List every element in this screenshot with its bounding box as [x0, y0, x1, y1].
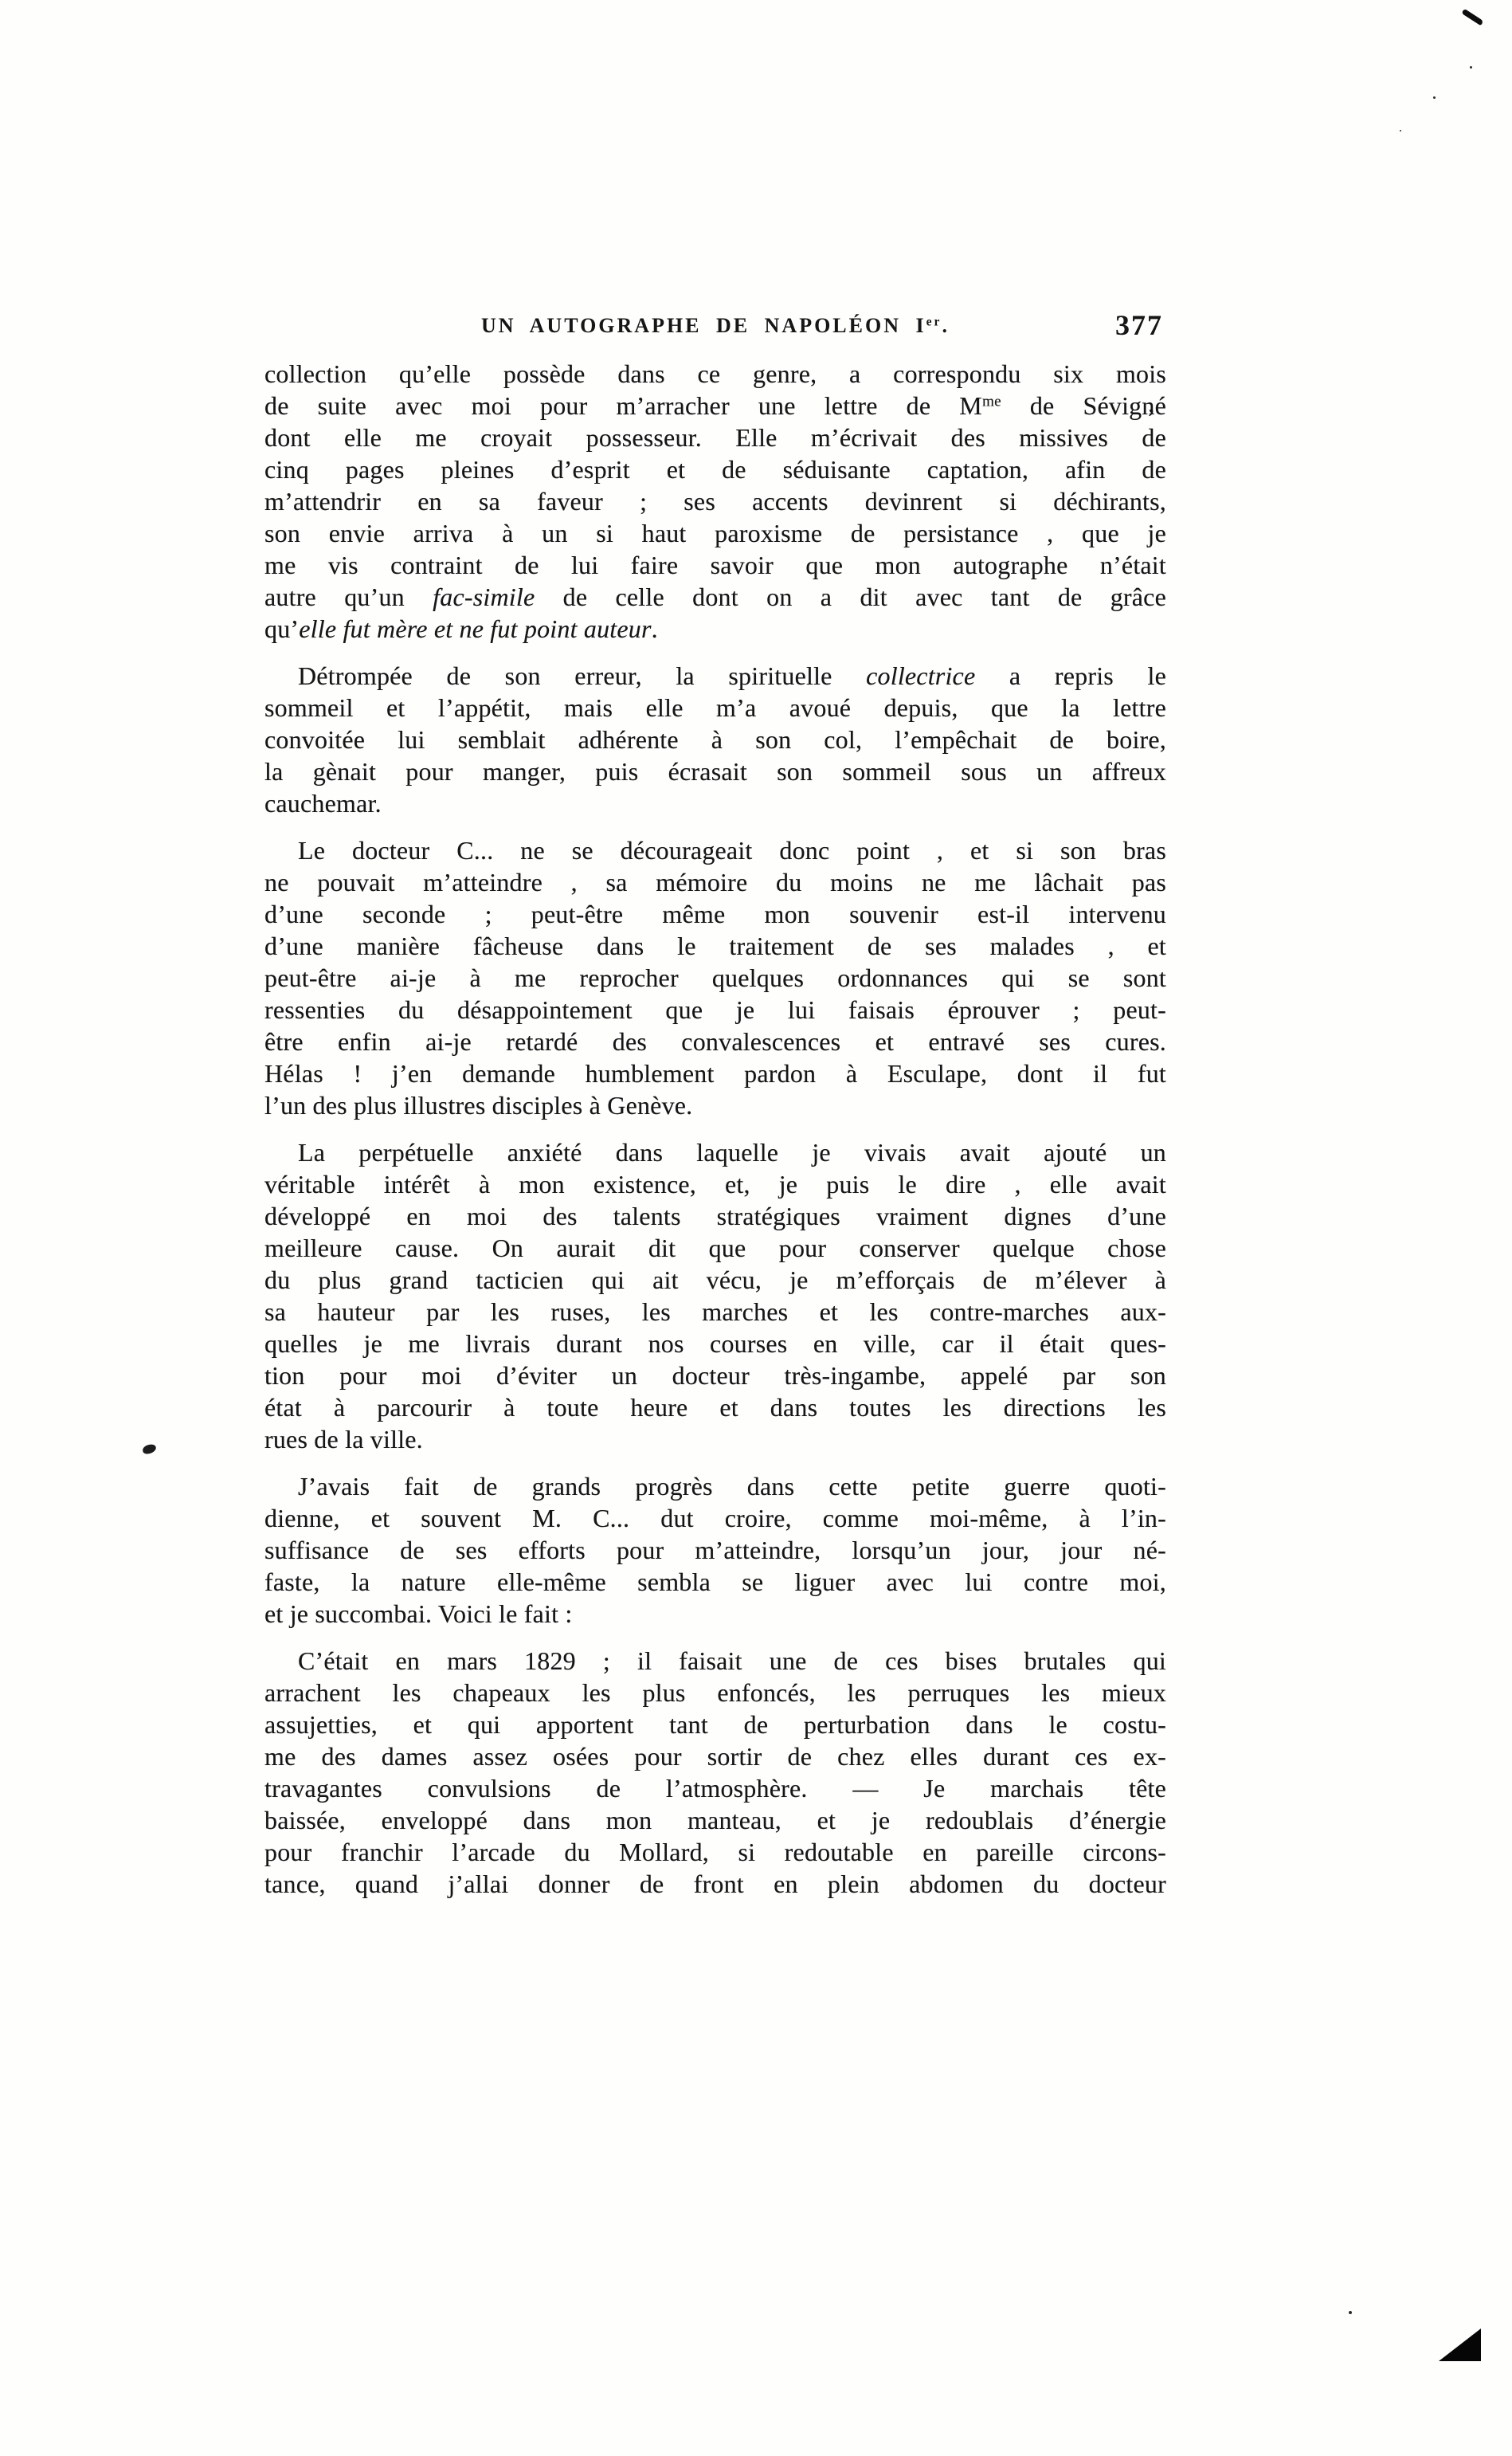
paragraph: C’était en mars 1829 ; il faisait une de… [264, 1645, 1166, 1900]
text-segment: Le docteur C... ne se décourageait donc … [298, 836, 1166, 865]
text-segment: Hélas ! j’en demande humblement pardon à… [264, 1059, 1166, 1088]
text-line: dont elle me croyait possesseur. Elle m’… [264, 422, 1166, 453]
italic-text-segment: collectrice [866, 661, 975, 690]
text-segment: être enfin ai-je retardé des convalescen… [264, 1027, 1166, 1056]
text-line: pour franchir l’arcade du Mollard, si re… [264, 1836, 1166, 1868]
running-title-main: UN AUTOGRAPHE DE NAPOLÉON I [481, 314, 926, 337]
text-line: convoitée lui semblait adhérente à son c… [264, 724, 1166, 755]
text-segment: La perpétuelle anxiété dans laquelle je … [298, 1138, 1166, 1167]
text-line: véritable intérêt à mon existence, et, j… [264, 1168, 1166, 1200]
text-segment: quelles je me livrais durant nos courses… [264, 1329, 1166, 1358]
text-segment: dienne, et souvent M. C... dut croire, c… [264, 1504, 1166, 1532]
text-line: l’un des plus illustres disciples à Genè… [264, 1089, 1166, 1121]
text-line: rues de la ville. [264, 1423, 1166, 1455]
page-number: 377 [1115, 308, 1163, 342]
text-segment: travagantes convulsions de l’atmosphère.… [264, 1774, 1166, 1803]
text-segment: faste, la nature elle-même sembla se lig… [264, 1567, 1166, 1596]
text-line: me des dames assez osées pour sortir de … [264, 1740, 1166, 1772]
text-segment: cinq pages pleines d’esprit et de séduis… [264, 455, 1166, 484]
text-segment: développé en moi des talents stratégique… [264, 1202, 1166, 1230]
stray-comma-mark: , [1148, 389, 1155, 419]
text-segment: collection qu’elle possède dans ce genre… [264, 359, 1166, 388]
text-segment: meilleure cause. On aurait dit que pour … [264, 1234, 1166, 1262]
text-segment: ressenties du désappointement que je lui… [264, 995, 1166, 1024]
paragraph: Détrompée de son erreur, la spirituelle … [264, 660, 1166, 819]
running-title: UN AUTOGRAPHE DE NAPOLÉON Ier. [481, 314, 950, 337]
text-segment: l’un des plus illustres disciples à Genè… [264, 1091, 692, 1120]
text-segment: J’avais fait de grands progrès dans cett… [298, 1472, 1166, 1501]
italic-text-segment: fac-simile [433, 583, 535, 611]
text-segment: C’était en mars 1829 ; il faisait une de… [298, 1646, 1166, 1675]
paragraph: collection qu’elle possède dans ce genre… [264, 358, 1166, 645]
margin-ink-blot [142, 1443, 157, 1454]
text-line: la gènait pour manger, puis écrasait son… [264, 755, 1166, 787]
text-segment: état à parcourir à toute heure et dans t… [264, 1393, 1166, 1422]
text-segment: sa hauteur par les ruses, les marches et… [264, 1297, 1166, 1326]
text-segment: peut-être ai-je à me reprocher quelques … [264, 963, 1166, 992]
text-line: du plus grand tacticien qui ait vécu, je… [264, 1264, 1166, 1296]
text-line: de suite avec moi pour m’arracher une le… [264, 390, 1166, 422]
text-line: arrachent les chapeaux les plus enfoncés… [264, 1677, 1166, 1709]
text-line: et je succombai. Voici le fait : [264, 1598, 1166, 1630]
text-segment: du plus grand tacticien qui ait vécu, je… [264, 1265, 1166, 1294]
running-title-superscript: er [926, 315, 942, 328]
paragraph: La perpétuelle anxiété dans laquelle je … [264, 1136, 1166, 1455]
text-segment: convoitée lui semblait adhérente à son c… [264, 725, 1166, 754]
text-line: m’attendrir en sa faveur ; ses accents d… [264, 485, 1166, 517]
text-line: sommeil et l’appétit, mais elle m’a avou… [264, 692, 1166, 724]
text-segment: son envie arriva à un si haut paroxisme … [264, 519, 1166, 547]
text-line: me vis contraint de lui faire savoir que… [264, 549, 1166, 581]
text-segment: autre qu’un [264, 583, 433, 611]
text-segment: d’une manière fâcheuse dans le traitemen… [264, 932, 1166, 960]
text-line: faste, la nature elle-même sembla se lig… [264, 1566, 1166, 1598]
text-segment: me vis contraint de lui faire savoir que… [264, 551, 1166, 579]
text-segment: de Sévigné [1001, 391, 1166, 420]
text-segment: tion pour moi d’éviter un docteur très-i… [264, 1361, 1166, 1390]
text-segment: dont elle me croyait possesseur. Elle m’… [264, 423, 1166, 452]
text-line: collection qu’elle possède dans ce genre… [264, 358, 1166, 390]
text-line: quelles je me livrais durant nos courses… [264, 1328, 1166, 1359]
text-segment: me des dames assez osées pour sortir de … [264, 1742, 1166, 1771]
superscript-text-segment: me [982, 393, 1001, 410]
paragraph: Le docteur C... ne se décourageait donc … [264, 834, 1166, 1121]
text-line: sa hauteur par les ruses, les marches et… [264, 1296, 1166, 1328]
text-segment: de suite avec moi pour m’arracher une le… [264, 391, 982, 420]
dust-speck [1400, 130, 1401, 131]
text-line: cinq pages pleines d’esprit et de séduis… [264, 453, 1166, 485]
text-line: suffisance de ses efforts pour m’atteind… [264, 1534, 1166, 1566]
text-line: J’avais fait de grands progrès dans cett… [264, 1470, 1166, 1502]
text-line: d’une manière fâcheuse dans le traitemen… [264, 930, 1166, 962]
text-line: état à parcourir à toute heure et dans t… [264, 1391, 1166, 1423]
text-segment: tance, quand j’allai donner de front en … [264, 1869, 1166, 1898]
text-line: assujetties, et qui apportent tant de pe… [264, 1709, 1166, 1740]
text-segment: . [652, 614, 658, 643]
text-line: travagantes convulsions de l’atmosphère.… [264, 1772, 1166, 1804]
paragraph: J’avais fait de grands progrès dans cett… [264, 1470, 1166, 1630]
italic-text-segment: elle fut mère et ne fut point auteur [299, 614, 651, 643]
text-segment: pour franchir l’arcade du Mollard, si re… [264, 1838, 1166, 1866]
text-line: ne pouvait m’atteindre , sa mémoire du m… [264, 866, 1166, 898]
text-line: dienne, et souvent M. C... dut croire, c… [264, 1502, 1166, 1534]
text-segment: baissée, enveloppé dans mon manteau, et … [264, 1806, 1166, 1834]
text-segment: qu’ [264, 614, 299, 643]
dust-speck [1470, 66, 1472, 69]
text-line: Hélas ! j’en demande humblement pardon à… [264, 1057, 1166, 1089]
text-line: d’une seconde ; peut-être même mon souve… [264, 898, 1166, 930]
text-line: cauchemar. [264, 787, 1166, 819]
text-line: Le docteur C... ne se décourageait donc … [264, 834, 1166, 866]
text-line: ressenties du désappointement que je lui… [264, 994, 1166, 1026]
text-line: meilleure cause. On aurait dit que pour … [264, 1232, 1166, 1264]
text-segment: cauchemar. [264, 789, 382, 818]
text-segment: de celle dont on a dit avec tant de grâc… [535, 583, 1166, 611]
body-text: collection qu’elle possède dans ce genre… [264, 358, 1166, 1900]
dust-speck [1349, 2311, 1352, 2314]
dust-speck [1433, 96, 1436, 99]
text-segment: a repris le [975, 661, 1166, 690]
corner-fold-triangle [1439, 2328, 1481, 2361]
text-line: tance, quand j’allai donner de front en … [264, 1868, 1166, 1900]
text-segment: arrachent les chapeaux les plus enfoncés… [264, 1678, 1166, 1707]
text-segment: Détrompée de son erreur, la spirituelle [298, 661, 866, 690]
text-line: La perpétuelle anxiété dans laquelle je … [264, 1136, 1166, 1168]
text-segment: assujetties, et qui apportent tant de pe… [264, 1710, 1166, 1739]
text-segment: d’une seconde ; peut-être même mon souve… [264, 900, 1166, 928]
page-header: UN AUTOGRAPHE DE NAPOLÉON Ier. 377 [264, 314, 1166, 338]
scan-stroke-artifact [1461, 9, 1483, 26]
text-segment: sommeil et l’appétit, mais elle m’a avou… [264, 693, 1166, 722]
text-line: son envie arriva à un si haut paroxisme … [264, 517, 1166, 549]
text-segment: m’attendrir en sa faveur ; ses accents d… [264, 487, 1166, 516]
text-segment: ne pouvait m’atteindre , sa mémoire du m… [264, 868, 1166, 896]
text-line: peut-être ai-je à me reprocher quelques … [264, 962, 1166, 994]
text-line: baissée, enveloppé dans mon manteau, et … [264, 1804, 1166, 1836]
text-line: Détrompée de son erreur, la spirituelle … [264, 660, 1166, 692]
text-line: qu’elle fut mère et ne fut point auteur. [264, 613, 1166, 645]
text-segment: rues de la ville. [264, 1425, 423, 1454]
running-title-period: . [942, 314, 950, 337]
text-segment: et je succombai. Voici le fait : [264, 1599, 572, 1628]
text-line: C’était en mars 1829 ; il faisait une de… [264, 1645, 1166, 1677]
text-line: tion pour moi d’éviter un docteur très-i… [264, 1359, 1166, 1391]
scanned-book-page: UN AUTOGRAPHE DE NAPOLÉON Ier. 377 colle… [0, 0, 1512, 2456]
text-line: autre qu’un fac-simile de celle dont on … [264, 581, 1166, 613]
text-line: développé en moi des talents stratégique… [264, 1200, 1166, 1232]
text-segment: suffisance de ses efforts pour m’atteind… [264, 1536, 1166, 1564]
text-segment: la gènait pour manger, puis écrasait son… [264, 757, 1166, 786]
text-segment: véritable intérêt à mon existence, et, j… [264, 1170, 1166, 1199]
text-line: être enfin ai-je retardé des convalescen… [264, 1026, 1166, 1057]
